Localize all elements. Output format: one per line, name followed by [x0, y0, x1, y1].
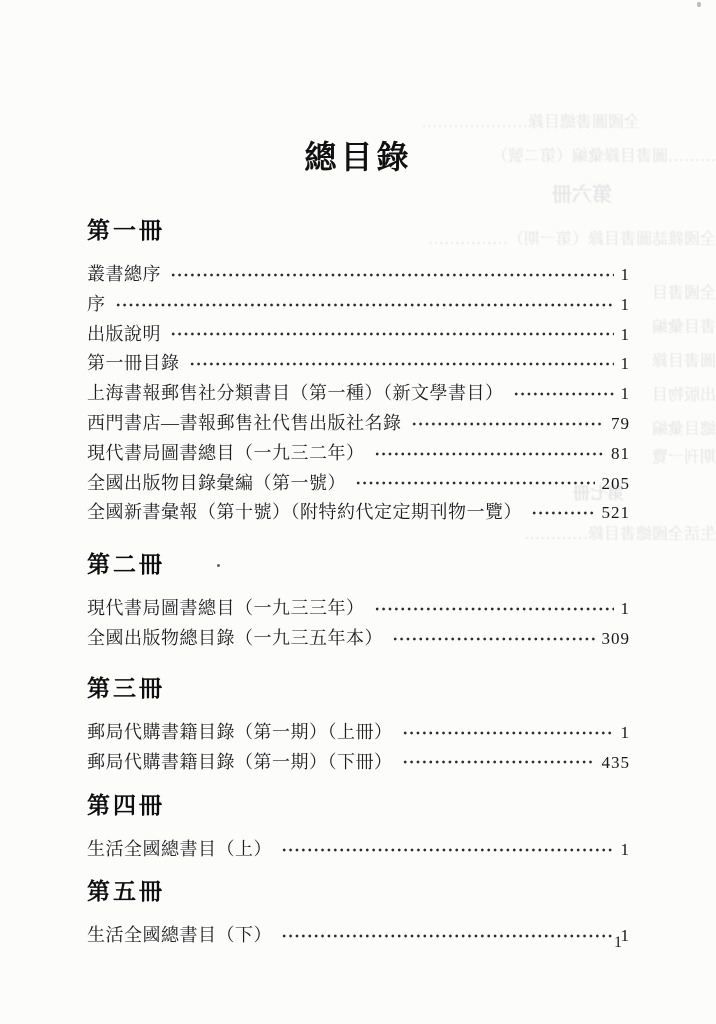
toc-entry: 現代書局圖書總目（一九三三年） 1: [87, 594, 630, 624]
entry-page-number: 205: [602, 469, 631, 499]
dot-leader: [281, 926, 614, 946]
section-entries: 郵局代購書籍目錄（第一期）（上冊） 1 郵局代購書籍目錄（第一期）（下冊） 43…: [87, 718, 630, 778]
dot-leader: [374, 444, 605, 464]
entry-page-number: 521: [602, 498, 631, 528]
toc-entry: 郵局代購書籍目錄（第一期）（上冊） 1: [87, 718, 630, 748]
scan-speck: [697, 2, 701, 7]
entry-title: 現代書局圖書總目（一九三二年）: [87, 439, 365, 469]
dot-leader: [189, 354, 614, 374]
toc-entry: 上海書報郵售社分類書目（第一種）（新文學書目） 1: [87, 379, 630, 409]
toc-entry: 序 1: [87, 290, 630, 320]
section-heading: 第三冊: [87, 674, 630, 702]
dot-leader: [281, 840, 614, 860]
toc-section: 第一冊 叢書總序 1 序 1 出版說明 1 第一冊目錄: [87, 174, 630, 528]
toc-entry: 出版說明 1: [87, 320, 630, 350]
dot-leader: [531, 503, 595, 523]
toc-section: 第三冊 郵局代購書籍目錄（第一期）（上冊） 1 郵局代購書籍目錄（第一期）（下冊…: [87, 654, 630, 778]
entry-title: 上海書報郵售社分類書目（第一種）（新文學書目）: [87, 379, 504, 409]
entry-page-number: 1: [621, 379, 631, 409]
toc-entry: 郵局代購書籍目錄（第一期）（下冊） 435: [87, 748, 630, 778]
entry-page-number: 309: [602, 624, 631, 654]
entry-title: 全國新書彙報（第十號）（附特約代定定期刊物一覽）: [87, 498, 522, 528]
entry-title: 郵局代購書籍目錄（第一期）（上冊）: [87, 718, 393, 748]
entry-title: 西門書店—書報郵售社代售出版社名錄: [87, 409, 402, 439]
section-heading: 第五冊: [87, 877, 630, 905]
table-of-contents: 總目錄 第一冊 叢書總序 1 序 1 出版說明 1: [87, 140, 630, 951]
entry-page-number: 1: [621, 320, 631, 350]
entry-page-number: 1: [621, 594, 631, 624]
toc-section: 第二冊 現代書局圖書總目（一九三三年） 1 全國出版物總目錄（一九三五年本） 3…: [87, 528, 630, 654]
toc-section: 第五冊 生活全國總書目（下） 1: [87, 865, 630, 951]
entry-page-number: 79: [611, 409, 630, 439]
bleedthrough-fragment: 期刊一覽: [633, 447, 716, 469]
entry-title: 郵局代購書籍目錄（第一期）（下冊）: [87, 748, 393, 778]
toc-entry: 全國新書彙報（第十號）（附特約代定定期刊物一覽） 521: [87, 498, 630, 528]
toc-entry: 全國出版物目錄彙編（第一號） 205: [87, 469, 630, 499]
dot-leader: [513, 384, 614, 404]
entry-title: 第一冊目錄: [87, 349, 180, 379]
bleedthrough-fragment: 圖書目錄: [633, 351, 716, 373]
entry-title: 出版說明: [87, 320, 161, 350]
entry-page-number: 1: [621, 290, 631, 320]
entry-title: 叢書總序: [87, 260, 161, 290]
entry-page-number: 435: [602, 748, 631, 778]
bleedthrough-fragment: 全國書目: [633, 283, 716, 305]
toc-entry: 生活全國總書目（上） 1: [87, 835, 630, 865]
entry-page-number: 81: [611, 439, 630, 469]
bleedthrough-fragment: 總目彙編: [633, 419, 716, 441]
dot-leader: [402, 723, 614, 743]
entry-title: 現代書局圖書總目（一九三三年）: [87, 594, 365, 624]
dot-leader: [374, 599, 614, 619]
dot-leader: [170, 265, 614, 285]
entry-page-number: 1: [621, 349, 631, 379]
entry-page-number: 1: [621, 718, 631, 748]
toc-entry: 西門書店—書報郵售社代售出版社名錄 79: [87, 409, 630, 439]
toc-entry: 生活全國總書目（下） 1: [87, 921, 630, 951]
page-title: 總目錄: [87, 140, 630, 174]
toc-entry: 第一冊目錄 1: [87, 349, 630, 379]
toc-section: 第四冊 生活全國總書目（上） 1: [87, 777, 630, 865]
entry-title: 序: [87, 290, 106, 320]
entry-title: 全國出版物目錄彙編（第一號）: [87, 469, 346, 499]
bleedthrough-line: 全國圖書總目錄……………………: [420, 112, 640, 134]
toc-entry: 全國出版物總目錄（一九三五年本） 309: [87, 624, 630, 654]
section-heading: 第一冊: [87, 216, 630, 244]
dot-leader: [115, 295, 614, 315]
entry-title: 生活全國總書目（下）: [87, 921, 272, 951]
dot-leader: [355, 473, 595, 493]
bleedthrough-fragment: 出版物目: [638, 385, 716, 407]
entry-page-number: 1: [621, 835, 631, 865]
section-heading: 第二冊: [87, 550, 630, 578]
section-entries: 叢書總序 1 序 1 出版說明 1 第一冊目錄 1: [87, 260, 630, 528]
section-entries: 生活全國總書目（下） 1: [87, 921, 630, 951]
toc-entry: 現代書局圖書總目（一九三二年） 81: [87, 439, 630, 469]
section-entries: 生活全國總書目（上） 1: [87, 835, 630, 865]
entry-page-number: 1: [621, 260, 631, 290]
bleedthrough-fragment: 書目彙編: [633, 317, 716, 339]
scanned-book-page: 全國圖書總目錄…………………… ………圖書目錄彙編（第二號） 第六冊 全國雜誌圖…: [0, 0, 716, 1024]
dot-leader: [392, 629, 595, 649]
entry-title: 全國出版物總目錄（一九三五年本）: [87, 624, 383, 654]
section-heading: 第四冊: [87, 791, 630, 819]
dot-leader: [170, 324, 614, 344]
dot-leader: [402, 752, 595, 772]
page-number-folio: 1: [600, 934, 636, 952]
section-entries: 現代書局圖書總目（一九三三年） 1 全國出版物總目錄（一九三五年本） 309: [87, 594, 630, 654]
dot-leader: [411, 414, 605, 434]
entry-title: 生活全國總書目（上）: [87, 835, 272, 865]
toc-entry: 叢書總序 1: [87, 260, 630, 290]
